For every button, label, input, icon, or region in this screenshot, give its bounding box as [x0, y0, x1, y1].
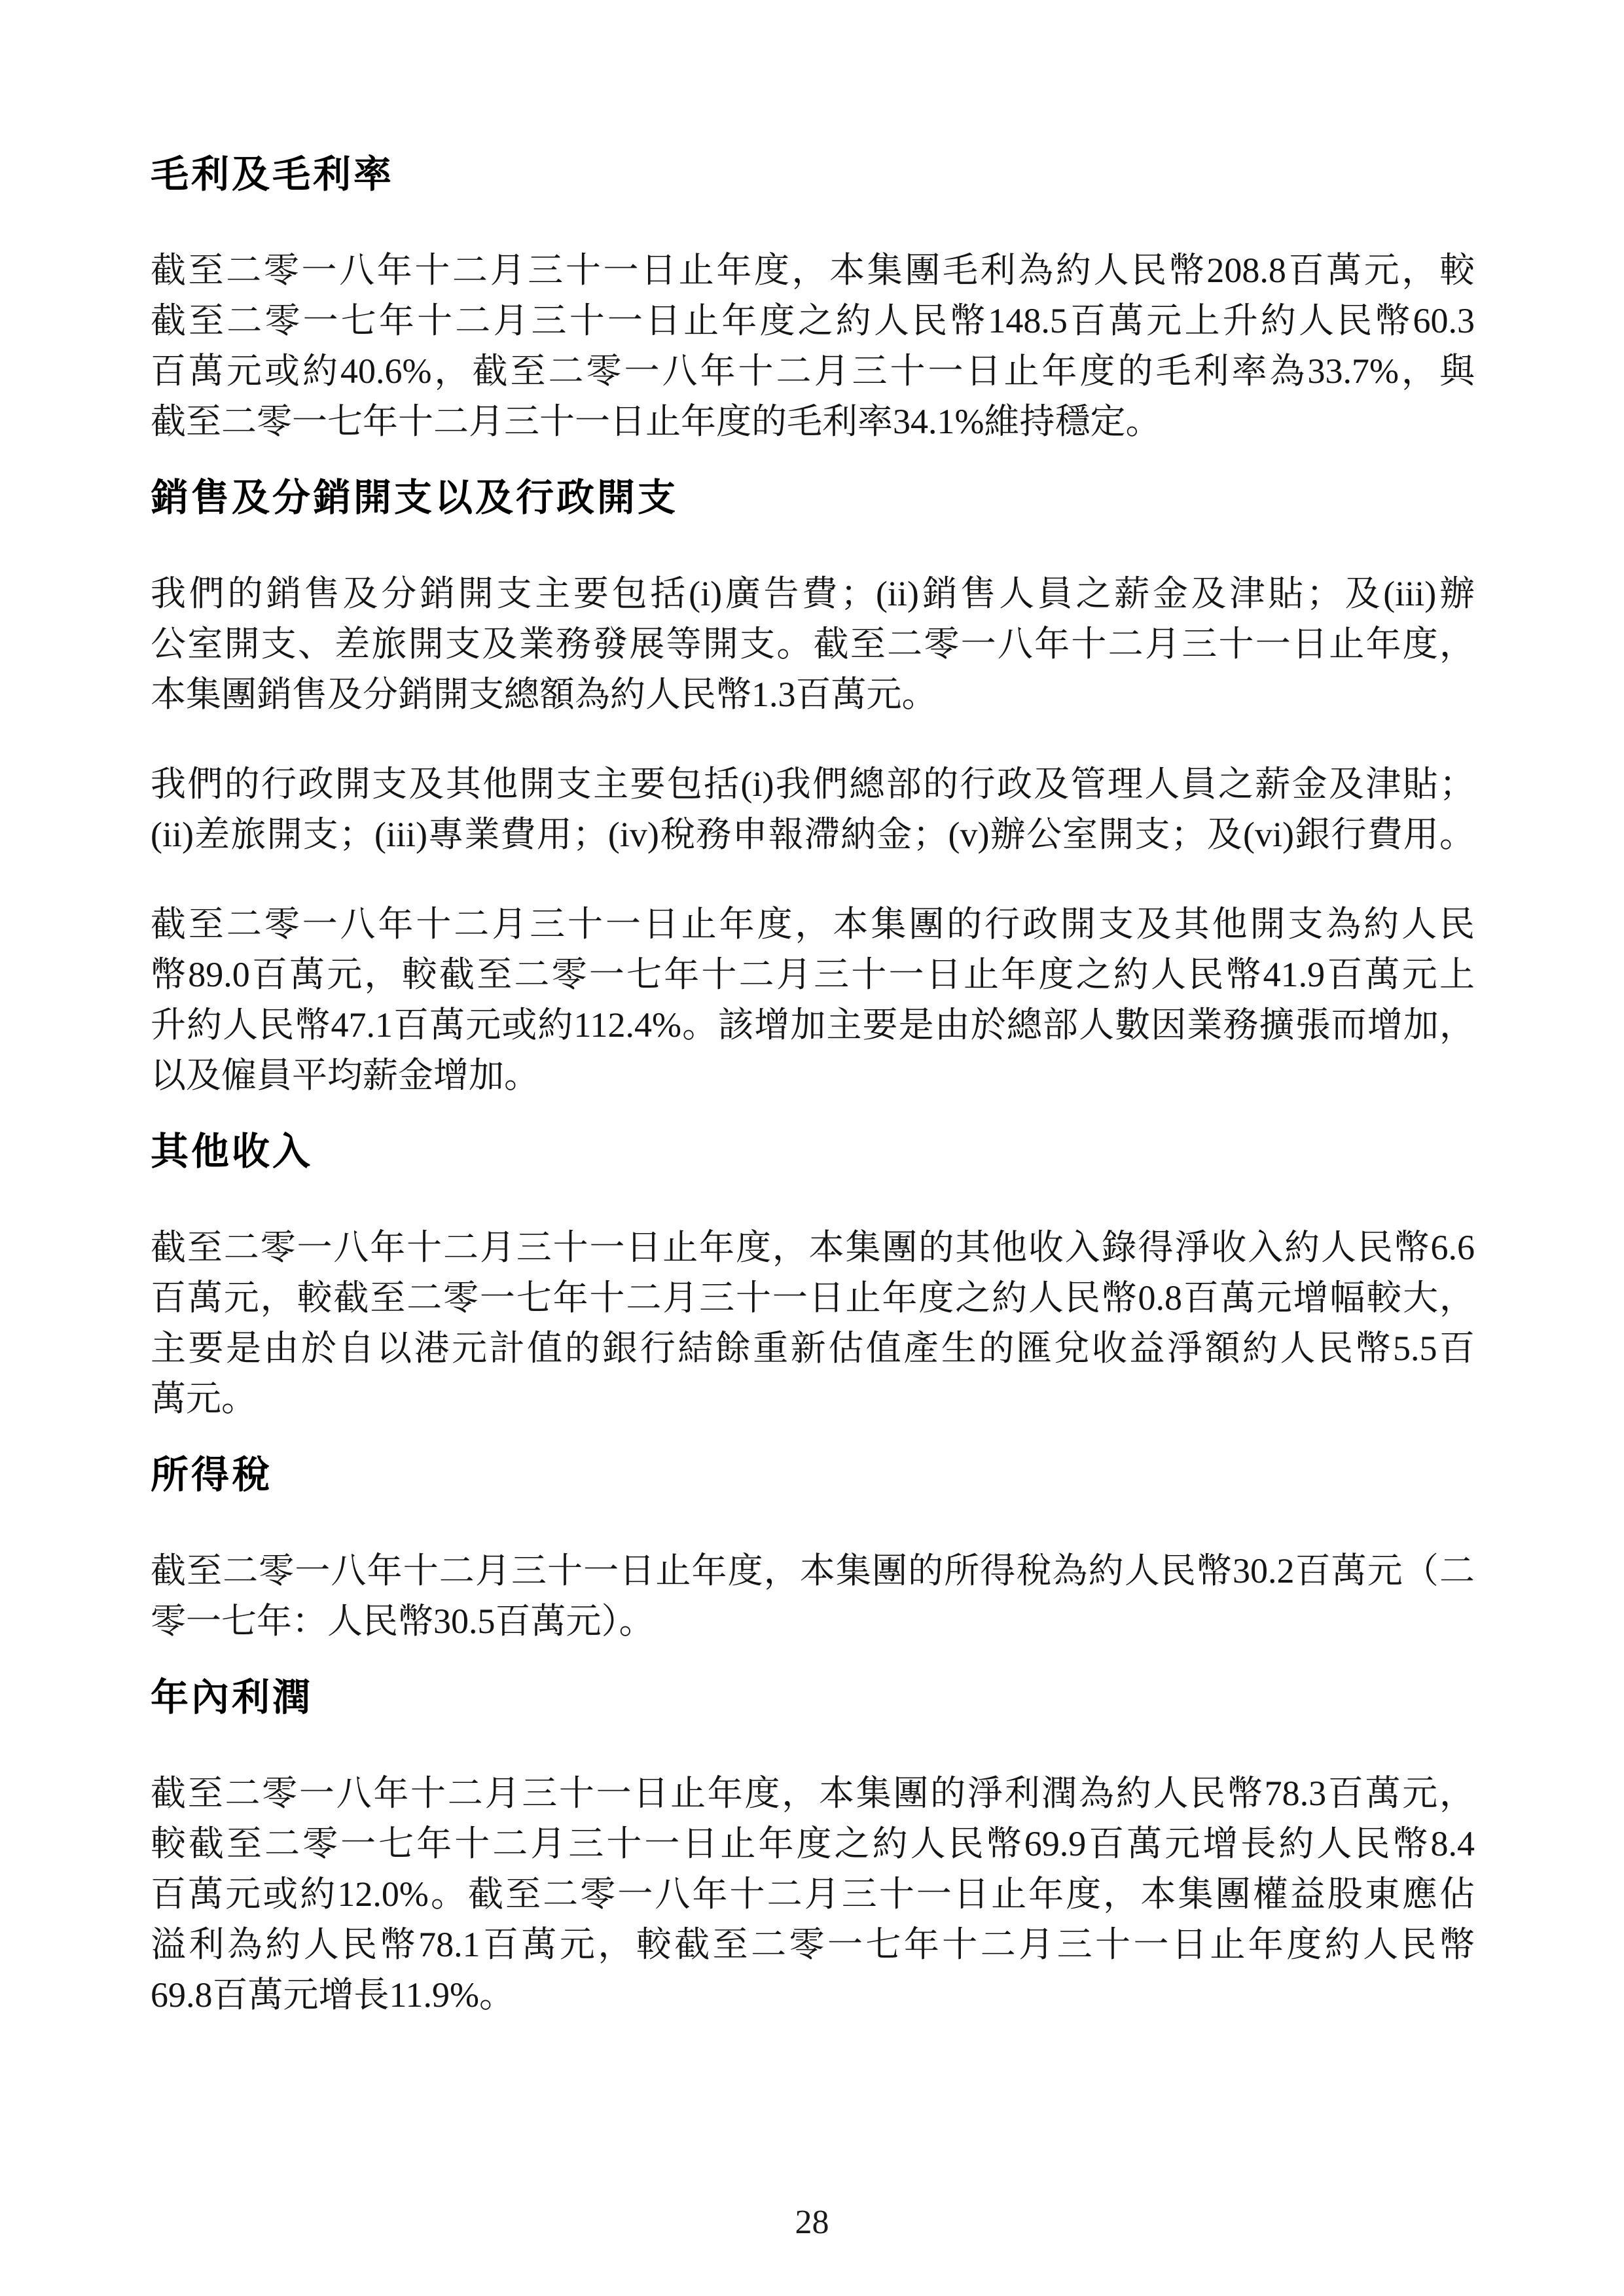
paragraph: 我們的銷售及分銷開支主要包括(i)廣告費；(ii)銷售人員之薪金及津貼；及(ii… — [151, 569, 1475, 720]
paragraph: 截至二零一八年十二月三十一日止年度，本集團的行政開支及其他開支為約人民 幣89.… — [151, 899, 1475, 1101]
paragraph: 截至二零一八年十二月三十一日止年度，本集團的所得稅為約人民幣30.2百萬元（二 … — [151, 1546, 1475, 1647]
text-line: 百萬元或約40.6%，截至二零一八年十二月三十一日止年度的毛利率為33.7%，與 — [151, 346, 1475, 397]
text-line: 百萬元，較截至二零一七年十二月三十一日止年度之約人民幣0.8百萬元增幅較大， — [151, 1273, 1475, 1323]
text-line: 主要是由於自以港元計值的銀行結餘重新估值產生的匯兌收益淨額約人民幣5.5百 — [151, 1323, 1475, 1374]
section-heading-gross-profit-and-margin: 毛利及毛利率 — [151, 155, 1475, 194]
paragraph: 我們的行政開支及其他開支主要包括(i)我們總部的行政及管理人員之薪金及津貼； (… — [151, 759, 1475, 860]
page-number: 28 — [0, 2204, 1624, 2241]
page-content: 毛利及毛利率 截至二零一八年十二月三十一日止年度，本集團毛利為約人民幣208.8… — [151, 155, 1475, 2020]
text-line: 我們的行政開支及其他開支主要包括(i)我們總部的行政及管理人員之薪金及津貼； — [151, 759, 1475, 810]
text-line: 溢利為約人民幣78.1百萬元，較截至二零一七年十二月三十一日止年度約人民幣 — [151, 1920, 1475, 1970]
paragraph: 截至二零一八年十二月三十一日止年度，本集團的淨利潤為約人民幣78.3百萬元， 較… — [151, 1768, 1475, 2020]
section-heading-other-income: 其他收入 — [151, 1132, 1475, 1172]
text-line: (ii)差旅開支；(iii)專業費用；(iv)稅務申報滯納金；(v)辦公室開支；… — [151, 810, 1475, 860]
paragraph: 截至二零一八年十二月三十一日止年度，本集團的其他收入錄得淨收入約人民幣6.6 百… — [151, 1223, 1475, 1424]
text-line: 百萬元或約12.0%。截至二零一八年十二月三十一日止年度，本集團權益股東應佔 — [151, 1869, 1475, 1920]
text-line: 幣89.0百萬元，較截至二零一七年十二月三十一日止年度之約人民幣41.9百萬元上 — [151, 950, 1475, 1000]
text-line: 截至二零一八年十二月三十一日止年度，本集團的淨利潤為約人民幣78.3百萬元， — [151, 1768, 1475, 1819]
text-line: 以及僱員平均薪金增加。 — [151, 1050, 1475, 1101]
section-heading-income-tax: 所得稅 — [151, 1456, 1475, 1495]
text-line: 本集團銷售及分銷開支總額為約人民幣1.3百萬元。 — [151, 670, 1475, 720]
text-line: 較截至二零一七年十二月三十一日止年度之約人民幣69.9百萬元增長約人民幣8.4 — [151, 1819, 1475, 1869]
document-page: 毛利及毛利率 截至二零一八年十二月三十一日止年度，本集團毛利為約人民幣208.8… — [0, 0, 1624, 2296]
text-line: 截至二零一八年十二月三十一日止年度，本集團的其他收入錄得淨收入約人民幣6.6 — [151, 1223, 1475, 1273]
text-line: 截至二零一七年十二月三十一日止年度的毛利率34.1%維持穩定。 — [151, 397, 1475, 447]
text-line: 零一七年：人民幣30.5百萬元）。 — [151, 1596, 1475, 1647]
text-line: 截至二零一八年十二月三十一日止年度，本集團的行政開支及其他開支為約人民 — [151, 899, 1475, 950]
text-line: 截至二零一八年十二月三十一日止年度，本集團的所得稅為約人民幣30.2百萬元（二 — [151, 1546, 1475, 1596]
section-heading-profit-for-the-year: 年內利潤 — [151, 1678, 1475, 1717]
section-heading-selling-distribution-admin-expenses: 銷售及分銷開支以及行政開支 — [151, 478, 1475, 518]
text-line: 萬元。 — [151, 1374, 1475, 1424]
text-line: 我們的銷售及分銷開支主要包括(i)廣告費；(ii)銷售人員之薪金及津貼；及(ii… — [151, 569, 1475, 619]
text-line: 69.8百萬元增長11.9%。 — [151, 1970, 1475, 2020]
paragraph: 截至二零一八年十二月三十一日止年度，本集團毛利為約人民幣208.8百萬元，較 截… — [151, 245, 1475, 447]
text-line: 截至二零一八年十二月三十一日止年度，本集團毛利為約人民幣208.8百萬元，較 — [151, 245, 1475, 296]
text-line: 公室開支、差旅開支及業務發展等開支。截至二零一八年十二月三十一日止年度， — [151, 619, 1475, 670]
text-line: 升約人民幣47.1百萬元或約112.4%。該增加主要是由於總部人數因業務擴張而增… — [151, 1000, 1475, 1050]
text-line: 截至二零一七年十二月三十一日止年度之約人民幣148.5百萬元上升約人民幣60.3 — [151, 296, 1475, 346]
